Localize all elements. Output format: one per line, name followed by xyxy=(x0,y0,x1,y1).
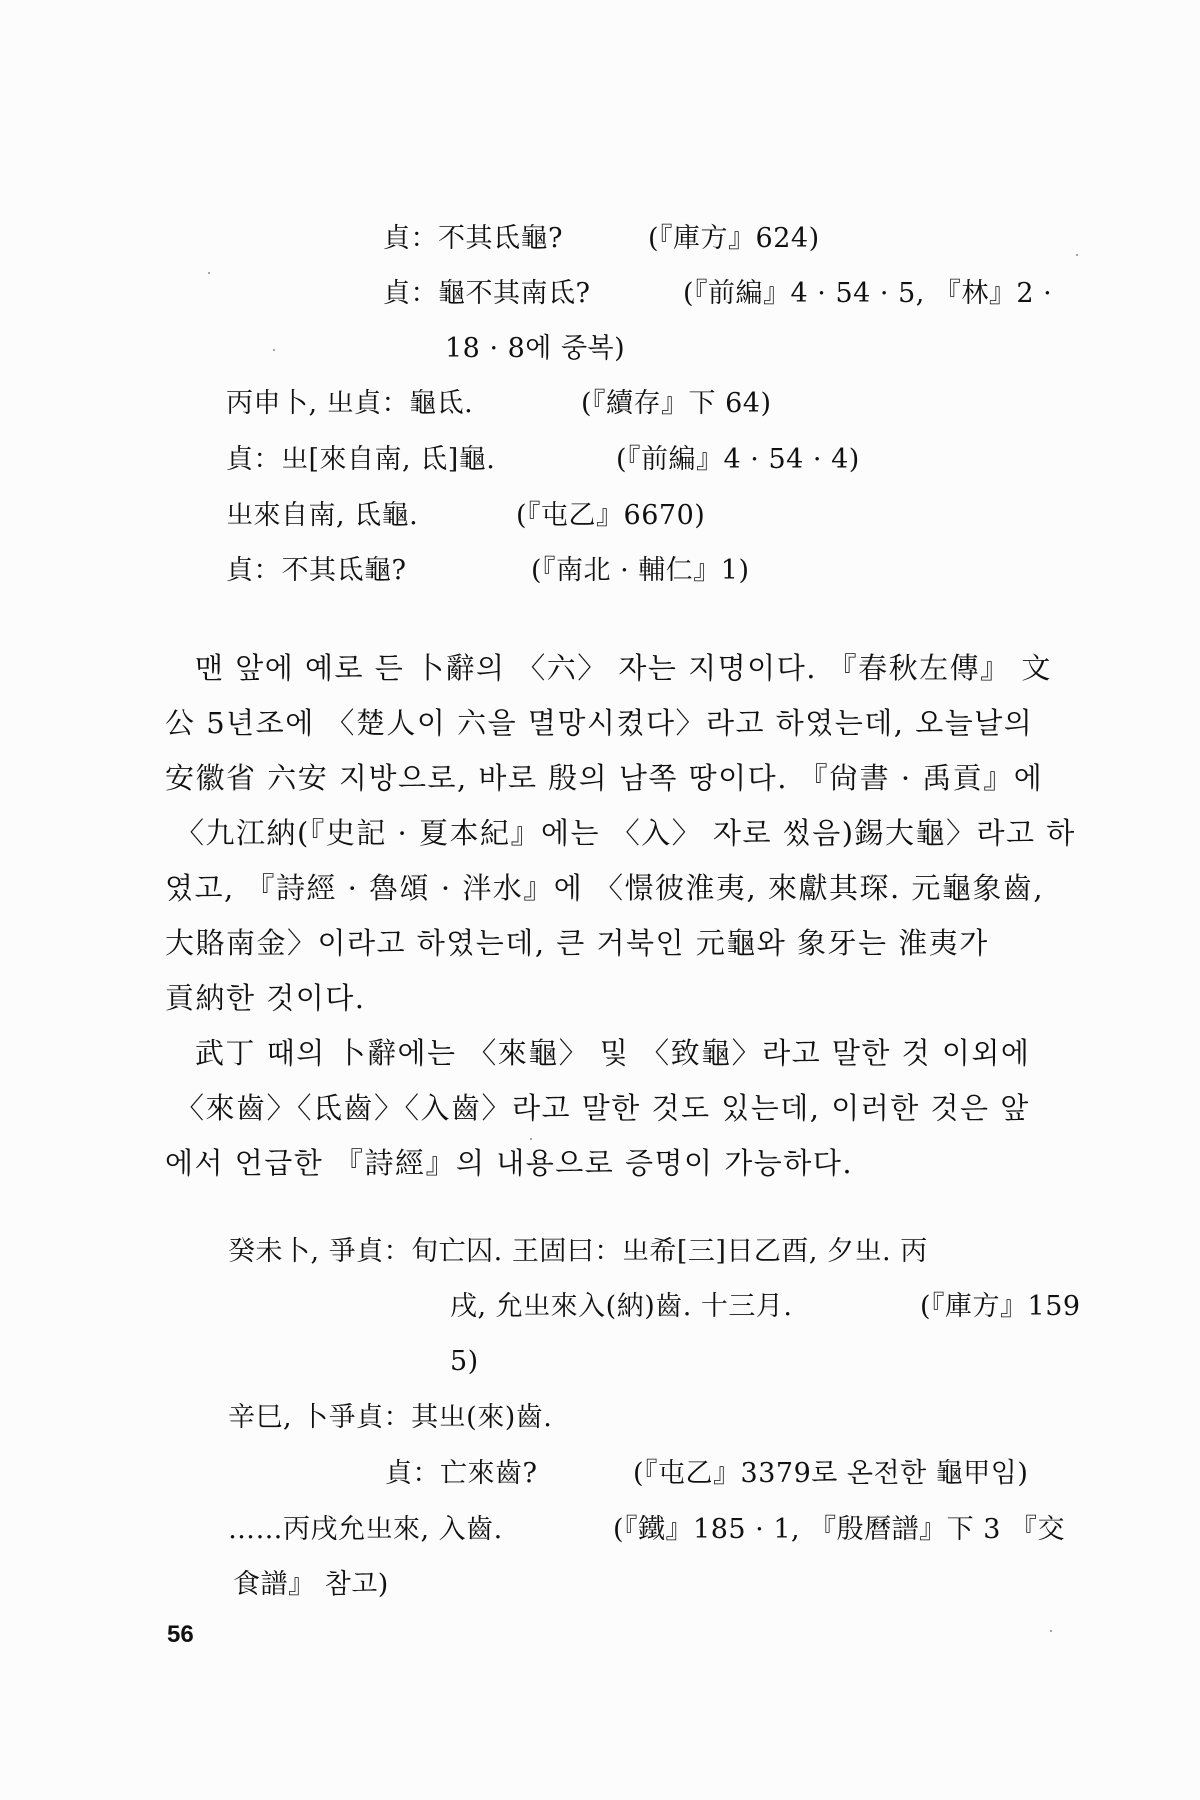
inscription-line: 貞：𢍰不其氐龜? (『南北 · 輔仁』1) xyxy=(226,551,406,591)
paragraph-line: 公 5년조에 〈楚人이 六을 멸망시켰다〉라고 하였는데, 오늘날의 xyxy=(165,703,1033,743)
inscription-text: 18 · 8에 중복) xyxy=(445,333,625,364)
paragraph-line: 貢納한 것이다. xyxy=(165,978,366,1018)
inscription-text: 貞：不其氐龜? xyxy=(383,223,563,254)
book-page: 貞：不其氐龜? (『庫方』624) 貞：龜不其南氐? (『前編』4 · 54 ·… xyxy=(0,0,1200,1800)
inscription-text: 戌, 允㞢來入(納)齒. 十三月. xyxy=(450,1291,792,1322)
inscription-line: 丙申卜, 㞢貞：龜氐. (『續存』下 64) xyxy=(226,384,473,424)
scan-speck xyxy=(208,272,210,274)
inscription-text: 癸未卜, 爭貞：旬亡囚. 王固曰：㞢希[三]日乙酉, 夕㞢. 丙 xyxy=(228,1236,928,1267)
inscription-line: 貞：亡來齒? (『屯乙』3379로 온전한 龜甲임) xyxy=(385,1454,537,1494)
inscription-line: ……丙戌允㞢來, 入齒. (『鐵』185 · 1, 『殷曆譜』下 3 『交 xyxy=(228,1510,503,1550)
paragraph-line: 安徽省 六安 지방으로, 바로 殷의 남쪽 땅이다. 『尙書 · 禹貢』에 xyxy=(165,758,1043,798)
scan-speck xyxy=(530,1138,532,1140)
paragraph-line: 〈九江納(『史記 · 夏本紀』에는 〈入〉 자로 썼음)錫大龜〉라고 하 xyxy=(175,813,1076,853)
paragraph-line: 〈來齒〉〈氐齒〉〈入齒〉라고 말한 것도 있는데, 이러한 것은 앞 xyxy=(175,1088,1030,1128)
scan-speck xyxy=(1076,254,1078,256)
inscription-text: 貞：亡來齒? xyxy=(385,1458,537,1489)
inscription-line: 貞：龜不其南氐? (『前編』4 · 54 · 5, 『林』2 · xyxy=(383,274,590,314)
inscription-text: 5) xyxy=(450,1346,479,1377)
inscription-text: 㞢來自南, 氐龜. xyxy=(226,500,418,531)
source-reference: (『前編』4 · 54 · 5, 『林』2 · xyxy=(683,274,1052,314)
scan-speck xyxy=(1050,1630,1052,1632)
inscription-line-continuation: 戌, 允㞢來入(納)齒. 十三月. (『庫方』159 xyxy=(450,1287,792,1327)
inscription-text: 貞：龜不其南氐? xyxy=(383,278,590,309)
inscription-line-continuation: 食譜』 참고) xyxy=(233,1565,389,1605)
source-reference: (『南北 · 輔仁』1) xyxy=(531,551,750,591)
page-number: 56 xyxy=(167,1620,194,1650)
inscription-text: 丙申卜, 㞢貞：龜氐. xyxy=(226,388,473,419)
inscription-text: 辛巳, 卜爭貞：其㞢(來)齒. xyxy=(228,1402,552,1433)
source-reference: (『屯乙』3379로 온전한 龜甲임) xyxy=(633,1454,1028,1494)
inscription-text: ……丙戌允㞢來, 入齒. xyxy=(228,1514,503,1545)
inscription-line-continuation: 5) xyxy=(450,1342,479,1382)
source-reference: (『庫方』624) xyxy=(648,219,820,259)
source-reference: (『庫方』159 xyxy=(920,1287,1081,1327)
scan-speck xyxy=(273,349,275,351)
paragraph-line: 大賂南金〉이라고 하였는데, 큰 거북인 元龜와 象牙는 淮夷가 xyxy=(165,923,989,963)
source-reference: (『屯乙』6670) xyxy=(516,496,705,536)
inscription-line: 辛巳, 卜爭貞：其㞢(來)齒. xyxy=(228,1398,552,1438)
inscription-line: 癸未卜, 爭貞：旬亡囚. 王固曰：㞢希[三]日乙酉, 夕㞢. 丙 xyxy=(228,1232,928,1272)
paragraph-line: 武丁 때의 卜辭에는 〈來龜〉 및 〈致龜〉라고 말한 것 이외에 xyxy=(195,1033,1030,1073)
inscription-text: 食譜』 참고) xyxy=(233,1569,389,1600)
paragraph-line: 에서 언급한 『詩經』의 내용으로 증명이 가능하다. xyxy=(165,1143,853,1183)
paragraph-line: 였고, 『詩經 · 魯頌 · 泮水』에 〈憬彼淮夷, 來獻其琛. 元龜象齒, xyxy=(165,868,1044,908)
inscription-text: 貞：𢍰不其氐龜? xyxy=(226,555,406,586)
source-reference: (『續存』下 64) xyxy=(581,384,772,424)
inscription-line-continuation: 18 · 8에 중복) xyxy=(445,329,625,369)
inscription-line: 貞：不其氐龜? (『庫方』624) xyxy=(383,219,563,259)
source-reference: (『前編』4 · 54 · 4) xyxy=(616,440,860,480)
inscription-line: 貞：㞢[來自南, 氐]龜. (『前編』4 · 54 · 4) xyxy=(226,440,495,480)
paragraph-line: 맨 앞에 예로 든 卜辭의 〈六〉 자는 지명이다. 『春秋左傳』 文 xyxy=(195,648,1052,688)
inscription-line: 㞢來自南, 氐龜. (『屯乙』6670) xyxy=(226,496,418,536)
inscription-text: 貞：㞢[來自南, 氐]龜. xyxy=(226,444,495,475)
source-reference: (『鐵』185 · 1, 『殷曆譜』下 3 『交 xyxy=(613,1510,1065,1550)
